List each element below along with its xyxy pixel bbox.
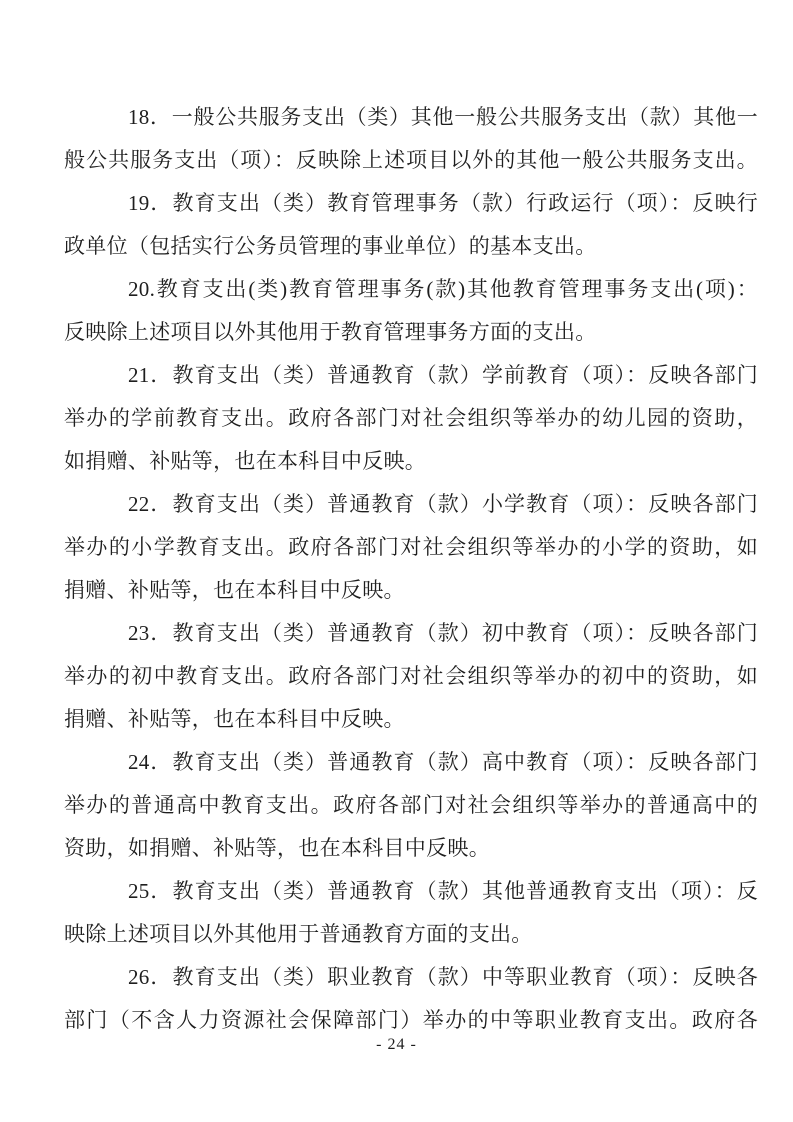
page-number: - 24 - xyxy=(0,1036,793,1054)
document-page: 18．一般公共服务支出（类）其他一般公共服务支出（款）其他一般公共服务支出（项）… xyxy=(0,0,793,1122)
paragraph-19-line-1: 19．教育支出（类）教育管理事务（款）行政运行（项）：反映行 xyxy=(64,182,758,225)
paragraph-22-line-1: 22．教育支出（类）普通教育（款）小学教育（项）：反映各部门 xyxy=(64,483,758,526)
paragraph-24-line-3: 资助，如捐赠、补贴等，也在本科目中反映。 xyxy=(64,827,758,870)
paragraph-22-line-3: 捐赠、补贴等，也在本科目中反映。 xyxy=(64,569,758,612)
paragraph-22-line-2: 举办的小学教育支出。政府各部门对社会组织等举办的小学的资助，如 xyxy=(64,526,758,569)
paragraph-21-line-3: 如捐赠、补贴等，也在本科目中反映。 xyxy=(64,440,758,483)
paragraph-21-line-2: 举办的学前教育支出。政府各部门对社会组织等举办的幼儿园的资助， xyxy=(64,397,758,440)
paragraph-18-line-1: 18．一般公共服务支出（类）其他一般公共服务支出（款）其他一 xyxy=(64,96,758,139)
paragraph-24-line-2: 举办的普通高中教育支出。政府各部门对社会组织等举办的普通高中的 xyxy=(64,784,758,827)
paragraph-20-line-1: 20.教育支出(类)教育管理事务(款)其他教育管理事务支出(项)： xyxy=(64,268,758,311)
paragraph-23-line-2: 举办的初中教育支出。政府各部门对社会组织等举办的初中的资助，如 xyxy=(64,655,758,698)
paragraph-19-line-2: 政单位（包括实行公务员管理的事业单位）的基本支出。 xyxy=(64,225,758,268)
paragraph-18-line-2: 般公共服务支出（项）：反映除上述项目以外的其他一般公共服务支出。 xyxy=(64,139,758,182)
document-body: 18．一般公共服务支出（类）其他一般公共服务支出（款）其他一般公共服务支出（项）… xyxy=(64,96,758,1042)
paragraph-21-line-1: 21．教育支出（类）普通教育（款）学前教育（项）：反映各部门 xyxy=(64,354,758,397)
paragraph-20-line-2: 反映除上述项目以外其他用于教育管理事务方面的支出。 xyxy=(64,311,758,354)
paragraph-24-line-1: 24．教育支出（类）普通教育（款）高中教育（项）：反映各部门 xyxy=(64,741,758,784)
paragraph-26-line-1: 26．教育支出（类）职业教育（款）中等职业教育（项）：反映各 xyxy=(64,956,758,999)
paragraph-25-line-1: 25．教育支出（类）普通教育（款）其他普通教育支出（项）：反 xyxy=(64,870,758,913)
paragraph-23-line-3: 捐赠、补贴等，也在本科目中反映。 xyxy=(64,698,758,741)
paragraph-23-line-1: 23．教育支出（类）普通教育（款）初中教育（项）：反映各部门 xyxy=(64,612,758,655)
paragraph-25-line-2: 映除上述项目以外其他用于普通教育方面的支出。 xyxy=(64,913,758,956)
